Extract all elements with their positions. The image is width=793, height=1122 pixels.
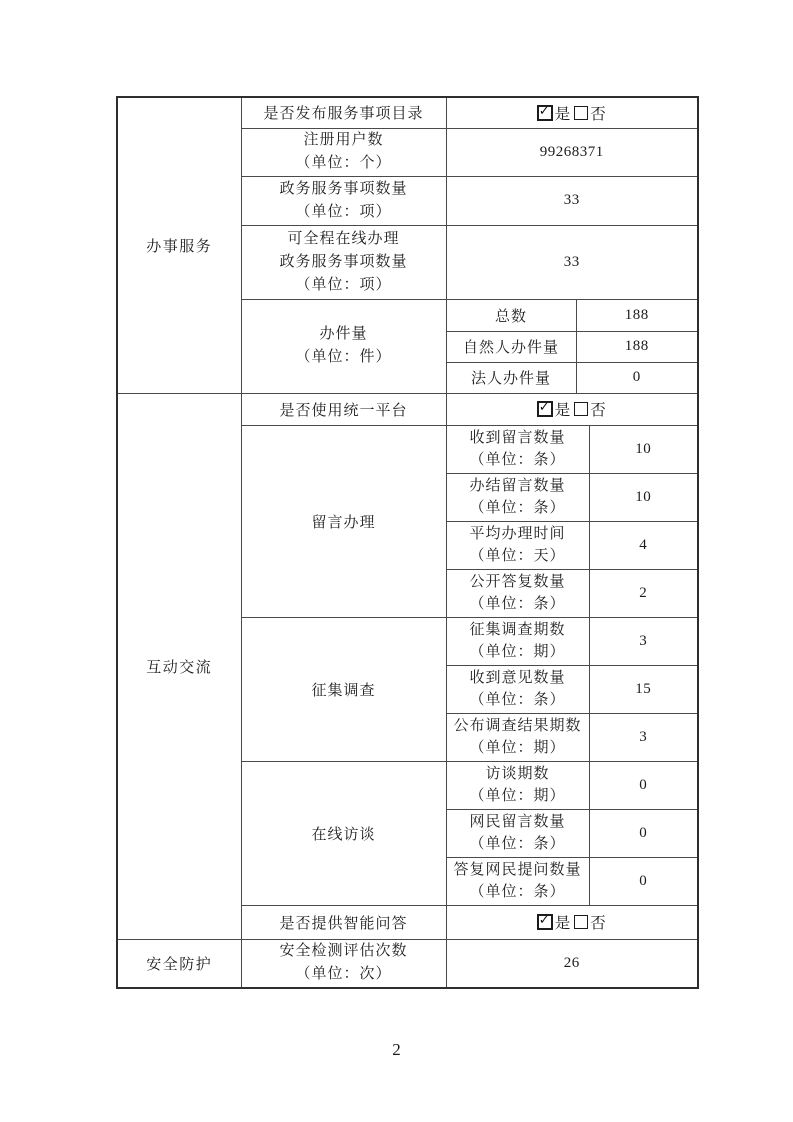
label-line: 注册用户数 (244, 129, 444, 152)
row-label-online-items: 可全程在线办理 政务服务事项数量 （单位：项） (241, 225, 446, 299)
label-unit-line: （单位：条） (449, 833, 587, 855)
row-label-smart-qa: 是否提供智能问答 (241, 905, 446, 939)
label-unit-line: （单位：条） (449, 449, 587, 471)
label-line: 网民留言数量 (449, 811, 587, 833)
subrow-label-survey-periods: 征集调查期数 （单位：期） (446, 617, 589, 665)
row-value-service-catalog: ✓是否 (446, 97, 698, 128)
subrow-label-messages-completed: 办结留言数量 （单位：条） (446, 473, 589, 521)
subrow-value-volume-legal: 0 (576, 362, 698, 393)
label-unit-line: （单位：项） (244, 274, 444, 297)
label-unit-line: （单位：条） (449, 881, 587, 903)
subrow-label-survey-results: 公布调查结果期数 （单位：期） (446, 713, 589, 761)
label-unit-line: （单位：次） (244, 963, 444, 986)
yes-no-checkbox-group: ✓是否 (537, 916, 607, 932)
subrow-value-messages-received: 10 (589, 425, 698, 473)
subrow-label-avg-handling-time: 平均办理时间 （单位：天） (446, 521, 589, 569)
yes-label: 是 (555, 402, 572, 419)
subrow-value-volume-total: 188 (576, 299, 698, 331)
label-unit-line: （单位：件） (244, 346, 444, 369)
subrow-value-public-replies: 2 (589, 569, 698, 617)
label-line: 收到留言数量 (449, 427, 587, 449)
label-unit-line: （单位：天） (449, 545, 587, 567)
row-label-service-catalog: 是否发布服务事项目录 (241, 97, 446, 128)
document-page: { "page": { "number": "2" }, "icons": { … (0, 0, 793, 1122)
unchecked-checkbox-icon (574, 402, 588, 416)
label-unit-line: （单位：条） (449, 497, 587, 519)
subrow-label-survey-opinions: 收到意见数量 （单位：条） (446, 665, 589, 713)
row-value-registered-users: 99268371 (446, 128, 698, 176)
subrow-label-interview-periods: 访谈期数 （单位：期） (446, 761, 589, 809)
subrow-value-netizen-replies: 0 (589, 857, 698, 905)
subrow-value-survey-periods: 3 (589, 617, 698, 665)
yes-label: 是 (555, 106, 572, 123)
subrow-value-avg-handling-time: 4 (589, 521, 698, 569)
subrow-label-volume-legal: 法人办件量 (446, 362, 576, 393)
check-mark-icon: ✓ (539, 401, 550, 414)
unchecked-checkbox-icon (574, 915, 588, 929)
label-line: 收到意见数量 (449, 667, 587, 689)
checked-checkbox-icon: ✓ (537, 914, 553, 930)
label-unit-line: （单位：项） (244, 201, 444, 224)
label-line: 政务服务事项数量 (244, 251, 444, 274)
row-label-registered-users: 注册用户数 （单位：个） (241, 128, 446, 176)
subrow-value-messages-completed: 10 (589, 473, 698, 521)
label-unit-line: （单位：个） (244, 152, 444, 175)
yes-no-checkbox-group: ✓是否 (537, 107, 607, 123)
label-line: 政务服务事项数量 (244, 178, 444, 201)
row-value-unified-platform: ✓是否 (446, 393, 698, 425)
row-label-surveys: 征集调查 (241, 617, 446, 761)
yes-label: 是 (555, 915, 572, 932)
subrow-value-survey-opinions: 15 (589, 665, 698, 713)
label-unit-line: （单位：期） (449, 737, 587, 759)
subrow-label-volume-natural: 自然人办件量 (446, 331, 576, 362)
label-line: 公开答复数量 (449, 571, 587, 593)
subrow-label-netizen-replies: 答复网民提问数量 （单位：条） (446, 857, 589, 905)
label-line: 平均办理时间 (449, 523, 587, 545)
no-label: 否 (590, 915, 607, 932)
checked-checkbox-icon: ✓ (537, 401, 553, 417)
row-label-case-volume: 办件量 （单位：件） (241, 299, 446, 393)
section-label-banshi: 办事服务 (117, 97, 241, 393)
checked-checkbox-icon: ✓ (537, 105, 553, 121)
page-number: 2 (0, 1040, 793, 1060)
label-line: 答复网民提问数量 (449, 859, 587, 881)
label-unit-line: （单位：期） (449, 641, 587, 663)
row-value-online-items: 33 (446, 225, 698, 299)
no-label: 否 (590, 106, 607, 123)
row-label-security-tests: 安全检测评估次数 （单位：次） (241, 939, 446, 988)
label-line: 访谈期数 (449, 763, 587, 785)
check-mark-icon: ✓ (539, 105, 550, 118)
subrow-value-survey-results: 3 (589, 713, 698, 761)
row-label-message-handling: 留言办理 (241, 425, 446, 617)
row-value-service-items: 33 (446, 176, 698, 225)
subrow-label-messages-received: 收到留言数量 （单位：条） (446, 425, 589, 473)
row-label-unified-platform: 是否使用统一平台 (241, 393, 446, 425)
section-label-hudong: 互动交流 (117, 393, 241, 939)
subrow-value-volume-natural: 188 (576, 331, 698, 362)
label-unit-line: （单位：条） (449, 593, 587, 615)
subrow-label-volume-total: 总数 (446, 299, 576, 331)
subrow-label-netizen-messages: 网民留言数量 （单位：条） (446, 809, 589, 857)
annual-report-table: 办事服务 是否发布服务事项目录 ✓是否 注册用户数 （单位：个） 9926837… (116, 96, 699, 989)
row-label-service-items: 政务服务事项数量 （单位：项） (241, 176, 446, 225)
label-line: 公布调查结果期数 (449, 715, 587, 737)
subrow-value-netizen-messages: 0 (589, 809, 698, 857)
label-unit-line: （单位：条） (449, 689, 587, 711)
unchecked-checkbox-icon (574, 106, 588, 120)
label-line: 安全检测评估次数 (244, 940, 444, 963)
label-line: 办件量 (244, 323, 444, 346)
row-label-online-interviews: 在线访谈 (241, 761, 446, 905)
label-line: 办结留言数量 (449, 475, 587, 497)
subrow-value-interview-periods: 0 (589, 761, 698, 809)
check-mark-icon: ✓ (539, 914, 550, 927)
no-label: 否 (590, 402, 607, 419)
label-line: 征集调查期数 (449, 619, 587, 641)
section-label-anquan: 安全防护 (117, 939, 241, 988)
label-line: 可全程在线办理 (244, 228, 444, 251)
yes-no-checkbox-group: ✓是否 (537, 403, 607, 419)
row-value-smart-qa: ✓是否 (446, 905, 698, 939)
label-unit-line: （单位：期） (449, 785, 587, 807)
row-value-security-tests: 26 (446, 939, 698, 988)
subrow-label-public-replies: 公开答复数量 （单位：条） (446, 569, 589, 617)
